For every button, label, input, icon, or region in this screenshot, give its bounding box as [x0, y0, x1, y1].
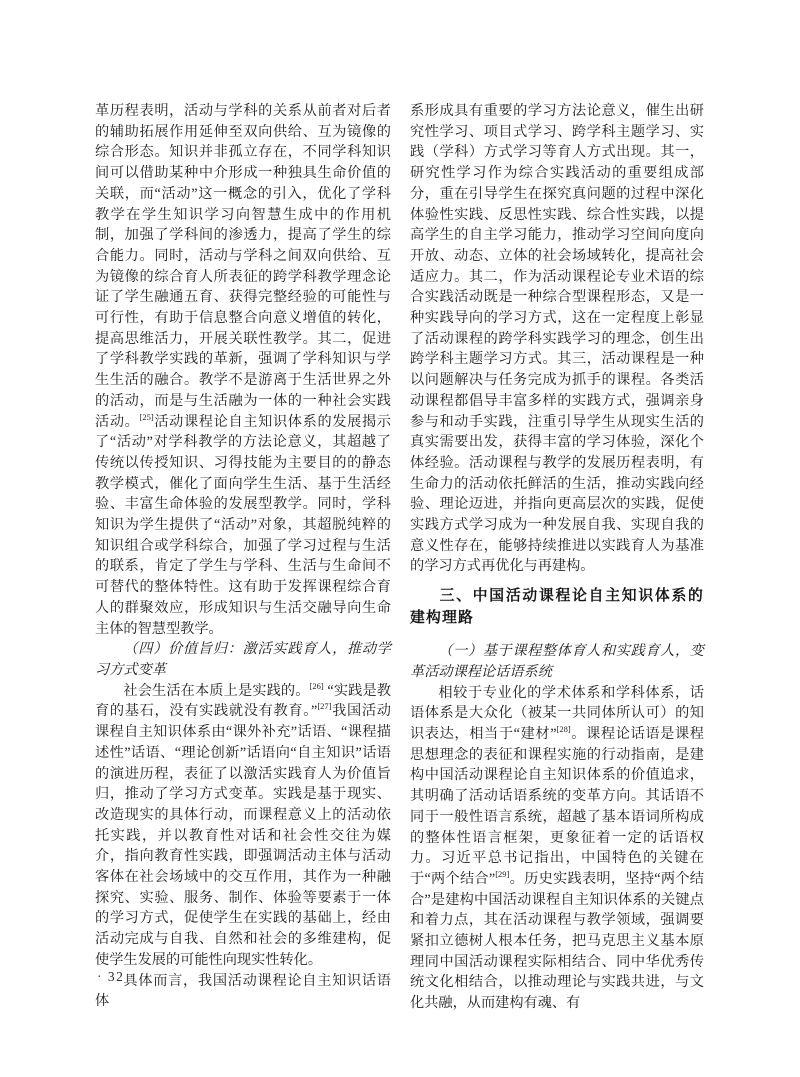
paragraph-practice: 社会生活在本质上是实践的。[26] “实践是教育的基石，没有实践就没有教育。”[… [95, 681, 391, 971]
paragraph-text: 。课程论话语是课程思想理念的表征和课程实施的行动指南，是建构中国活动课程论自主知… [410, 726, 704, 887]
paragraph-carryover: 系形成具有重要的学习方法论意义，催生出研究性学习、项目式学习、跨学科主题学习、实… [410, 101, 704, 577]
subsection-heading-one: （一）基于课程整体育人和实践育人，变革活动课程论话语系统 [410, 641, 704, 682]
paragraph-start-fragment: 具体而言，我国活动课程论自主知识话语体 [95, 971, 391, 1012]
paragraph-carryover: 革历程表明，活动与学科的关系从前者对后者的辅助拓展作用延伸至双向供给、互为镜像的… [95, 101, 391, 639]
section-heading-three: 三、中国活动课程论自主知识体系的建构理路 [410, 586, 704, 629]
journal-paper-page: 革历程表明，活动与学科的关系从前者对后者的辅助拓展作用延伸至双向供给、互为镜像的… [0, 0, 800, 1077]
subsection-heading-four: （四）价值旨归：激活实践育人，推动学习方式变革 [95, 639, 391, 680]
citation-ref-29: [29] [495, 869, 509, 879]
left-column: 革历程表明，活动与学科的关系从前者对后者的辅助拓展作用延伸至双向供给、互为镜像的… [95, 101, 391, 1012]
paragraph-discourse: 相较于专业化的学术体系和学科体系，话语体系是大众化（被某一共同体所认可）的知识表… [410, 683, 704, 1014]
page-number: · 32 · [97, 969, 135, 985]
citation-ref-26: [26] [310, 681, 324, 691]
paragraph-text: 我国活动课程自主知识体系由“课外补充”话语、“课程描述性”话语、“理论创新”话语… [95, 703, 391, 967]
citation-ref-28: [28] [557, 724, 571, 734]
paragraph-text: 活动课程论自主知识体系的发展揭示了“活动”对学科教学的方法论意义，其超越了传统以… [95, 414, 391, 637]
citation-ref-25: [25] [140, 412, 154, 422]
right-column: 系形成具有重要的学习方法论意义，催生出研究性学习、项目式学习、跨学科主题学习、实… [410, 101, 704, 1014]
paragraph-text: 。历史实践表明，坚持“两个结合”是建构中国活动课程自主知识体系的关键点和着力点，… [410, 871, 704, 1011]
paragraph-text: 革历程表明，活动与学科的关系从前者对后者的辅助拓展作用延伸至双向供给、互为镜像的… [95, 103, 391, 430]
paragraph-text: 社会生活在本质上是实践的。 [123, 683, 309, 699]
citation-ref-27: [27] [317, 701, 331, 711]
